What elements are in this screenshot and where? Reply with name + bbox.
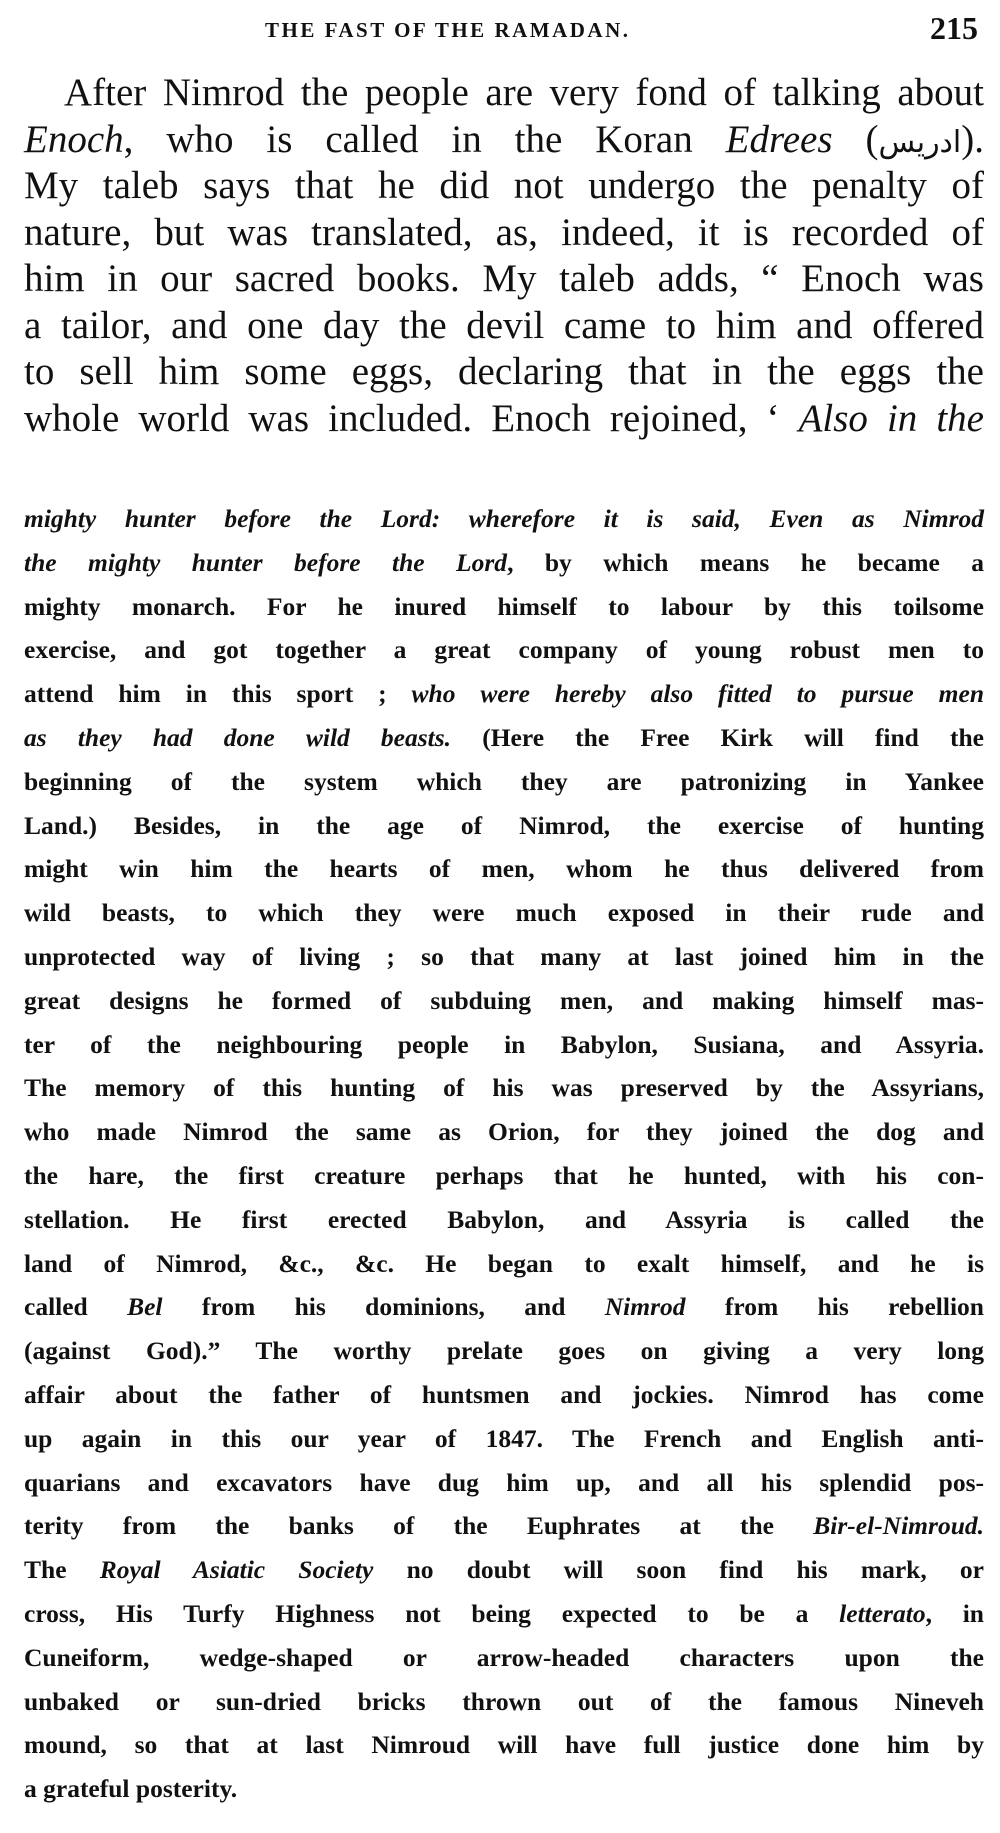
text-run: quarians and excavators have dug him up,… bbox=[24, 1468, 984, 1497]
text-line: Enoch, who is called in the Koran Edrees… bbox=[24, 117, 984, 166]
running-head: THE FAST OF THE RAMADAN. 215 bbox=[0, 10, 1000, 50]
text-run: (against God).” The worthy prelate goes … bbox=[24, 1336, 984, 1365]
text-run: a tailor, and one day the devil came to … bbox=[24, 304, 984, 347]
italic-text: Bel bbox=[127, 1292, 162, 1321]
text-line: him in our sacred books. My taleb adds, … bbox=[24, 256, 984, 302]
text-run: to sell him some eggs, declaring that in… bbox=[24, 350, 984, 393]
text-run: from his dominions, and bbox=[163, 1292, 605, 1321]
text-run: After Nimrod the people are very fond of… bbox=[64, 71, 984, 114]
text-run: unbaked or sun-dried bricks thrown out o… bbox=[24, 1687, 984, 1716]
text-line: beginning of the system which they are p… bbox=[24, 766, 984, 797]
text-line: a grateful posterity. bbox=[24, 1773, 984, 1804]
text-run: The bbox=[24, 1555, 100, 1584]
text-run: ( bbox=[833, 118, 879, 161]
text-line: the mighty hunter before the Lord, by wh… bbox=[24, 547, 984, 578]
text-line: (against God).” The worthy prelate goes … bbox=[24, 1335, 984, 1366]
text-run: wild beasts, to which they were much exp… bbox=[24, 898, 984, 927]
text-line: a tailor, and one day the devil came to … bbox=[24, 303, 984, 349]
italic-text: Bir-el-Nimroud. bbox=[813, 1511, 984, 1540]
text-run: whole world was included. Enoch rejoined… bbox=[24, 397, 799, 440]
text-run: (Here the Free Kirk will find the bbox=[451, 723, 984, 752]
text-run: unprotected way of living ; so that many… bbox=[24, 942, 984, 971]
text-line: Land.) Besides, in the age of Nimrod, th… bbox=[24, 810, 984, 841]
text-line: terity from the banks of the Euphrates a… bbox=[24, 1510, 984, 1541]
text-run: ter of the neighbouring people in Babylo… bbox=[24, 1030, 984, 1059]
text-run: attend him in this sport ; bbox=[24, 679, 412, 708]
text-line: great designs he formed of subduing men,… bbox=[24, 985, 984, 1016]
text-line: unbaked or sun-dried bricks thrown out o… bbox=[24, 1686, 984, 1717]
text-line: After Nimrod the people are very fond of… bbox=[24, 70, 984, 116]
text-line: cross, His Turfy Highness not being expe… bbox=[24, 1598, 984, 1629]
text-line: might win him the hearts of men, whom he… bbox=[24, 853, 984, 884]
text-line: The memory of this hunting of his was pr… bbox=[24, 1072, 984, 1103]
italic-text: mighty hunter before the Lord: wherefore… bbox=[24, 504, 984, 533]
text-line: called Bel from his dominions, and Nimro… bbox=[24, 1291, 984, 1322]
italic-text: who were hereby also fitted to pursue me… bbox=[412, 679, 984, 708]
text-run: who made Nimrod the same as Orion, for t… bbox=[24, 1117, 984, 1146]
text-line: My taleb says that he did not undergo th… bbox=[24, 163, 984, 209]
text-run: Cuneiform, wedge-shaped or arrow-headed … bbox=[24, 1643, 984, 1672]
text-line: mighty monarch. For he inured himself to… bbox=[24, 591, 984, 622]
text-run: My taleb says that he did not undergo th… bbox=[24, 164, 984, 207]
text-line: The Royal Asiatic Society no doubt will … bbox=[24, 1554, 984, 1585]
text-run: him in our sacred books. My taleb adds, … bbox=[24, 257, 984, 300]
text-line: up again in this our year of 1847. The F… bbox=[24, 1423, 984, 1454]
italic-text: letterato bbox=[839, 1599, 925, 1628]
text-run: stellation. He first erected Babylon, an… bbox=[24, 1205, 984, 1234]
text-run: affair about the father of huntsmen and … bbox=[24, 1380, 984, 1409]
text-run: no doubt will soon find his mark, or bbox=[373, 1555, 984, 1584]
text-line: land of Nimrod, &c., &c. He began to exa… bbox=[24, 1248, 984, 1279]
text-line: quarians and excavators have dug him up,… bbox=[24, 1467, 984, 1498]
text-line: nature, but was translated, as, indeed, … bbox=[24, 210, 984, 256]
text-run: terity from the banks of the Euphrates a… bbox=[24, 1511, 813, 1540]
book-page: THE FAST OF THE RAMADAN. 215 After Nimro… bbox=[0, 0, 1000, 1833]
text-run: ). bbox=[961, 118, 984, 161]
italic-text: the mighty hunter before the Lord bbox=[24, 548, 507, 577]
text-line: mighty hunter before the Lord: wherefore… bbox=[24, 503, 984, 534]
text-run: the hare, the first creature perhaps tha… bbox=[24, 1161, 984, 1190]
text-run: cross, His Turfy Highness not being expe… bbox=[24, 1599, 839, 1628]
italic-text: Nimrod bbox=[605, 1292, 686, 1321]
text-line: to sell him some eggs, declaring that in… bbox=[24, 349, 984, 395]
text-line: Cuneiform, wedge-shaped or arrow-headed … bbox=[24, 1642, 984, 1673]
text-line: exercise, and got together a great compa… bbox=[24, 634, 984, 665]
running-title: THE FAST OF THE RAMADAN. bbox=[265, 18, 631, 43]
text-run: great designs he formed of subduing men,… bbox=[24, 986, 984, 1015]
italic-text: Royal Asiatic Society bbox=[100, 1555, 374, 1584]
text-run: beginning of the system which they are p… bbox=[24, 767, 984, 796]
text-run: The memory of this hunting of his was pr… bbox=[24, 1073, 984, 1102]
arabic-text: ادريس bbox=[878, 125, 961, 160]
italic-text: Also in the bbox=[799, 397, 984, 440]
text-run: mound, so that at last Nimroud will have… bbox=[24, 1730, 984, 1759]
text-line: as they had done wild beasts. (Here the … bbox=[24, 722, 984, 753]
text-run: , who is called in the Koran bbox=[124, 118, 726, 161]
text-line: unprotected way of living ; so that many… bbox=[24, 941, 984, 972]
text-line: who made Nimrod the same as Orion, for t… bbox=[24, 1116, 984, 1147]
text-line: wild beasts, to which they were much exp… bbox=[24, 897, 984, 928]
text-run: mighty monarch. For he inured himself to… bbox=[24, 592, 984, 621]
text-run: a grateful posterity. bbox=[24, 1774, 237, 1803]
text-run: nature, but was translated, as, indeed, … bbox=[24, 211, 984, 254]
text-line: attend him in this sport ; who were here… bbox=[24, 678, 984, 709]
page-number: 215 bbox=[930, 10, 978, 47]
italic-text: Enoch bbox=[24, 118, 124, 161]
text-line: affair about the father of huntsmen and … bbox=[24, 1379, 984, 1410]
italic-text: as they had done wild beasts. bbox=[24, 723, 451, 752]
text-run: up again in this our year of 1847. The F… bbox=[24, 1424, 984, 1453]
text-run: called bbox=[24, 1292, 127, 1321]
text-run: Land.) Besides, in the age of Nimrod, th… bbox=[24, 811, 984, 840]
text-line: the hare, the first creature perhaps tha… bbox=[24, 1160, 984, 1191]
text-run: from his rebellion bbox=[686, 1292, 984, 1321]
text-run: land of Nimrod, &c., &c. He began to exa… bbox=[24, 1249, 984, 1278]
text-run: exercise, and got together a great compa… bbox=[24, 635, 984, 664]
text-line: stellation. He first erected Babylon, an… bbox=[24, 1204, 984, 1235]
text-run: might win him the hearts of men, whom he… bbox=[24, 854, 984, 883]
text-run: , by which means he became a bbox=[507, 548, 984, 577]
italic-text: Edrees bbox=[726, 118, 833, 161]
text-line: mound, so that at last Nimroud will have… bbox=[24, 1729, 984, 1760]
text-line: ter of the neighbouring people in Babylo… bbox=[24, 1029, 984, 1060]
text-run: , in bbox=[926, 1599, 984, 1628]
text-line: whole world was included. Enoch rejoined… bbox=[24, 396, 984, 442]
